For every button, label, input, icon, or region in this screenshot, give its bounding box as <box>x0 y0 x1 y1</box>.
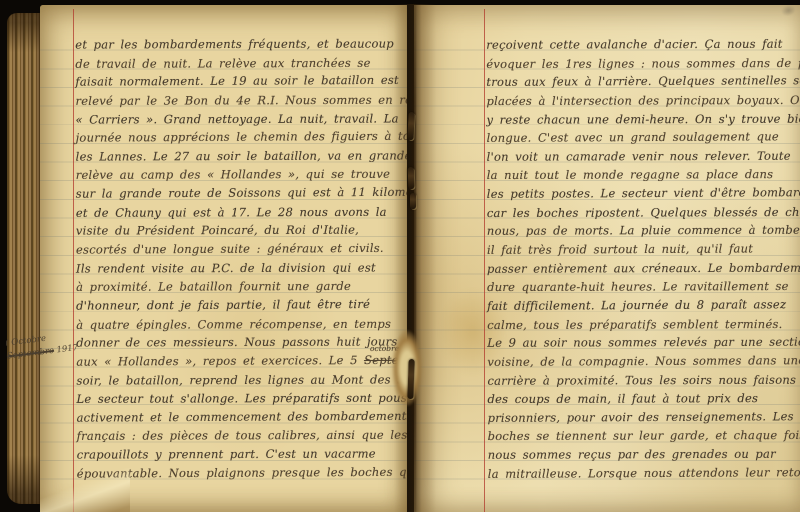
stacked-page-edges <box>7 13 43 504</box>
right-page-handwriting: reçoivent cette avalanche d'acier. Ça no… <box>486 34 800 483</box>
handwriting-line: car les boches ripostent. Quelques bless… <box>487 202 800 222</box>
left-page-handwriting: et par les bombardements fréquents, et b… <box>75 34 406 483</box>
handwriting-line: la mitrailleuse. Lorsque nous attendons … <box>488 462 800 483</box>
handwriting-line: dure quarante-huit heures. Le ravitaille… <box>487 276 800 296</box>
handwriting-line: à proximité. Le bataillon fournit une ga… <box>76 277 405 297</box>
handwriting-line: donner de ces messieurs. Nous passons hu… <box>76 332 405 352</box>
handwriting-line: nous, pas de morts. La pluie commence à … <box>487 220 800 240</box>
handwriting-line: « Carriers ». Grand nettoyage. La nuit, … <box>75 108 404 128</box>
inserted-correction: octobre <box>370 344 399 352</box>
red-margin-line-left <box>73 9 74 512</box>
diary-photo: et par les bombardements fréquents, et b… <box>0 0 800 512</box>
handwriting-line: la nuit tout le monde regagne sa place d… <box>487 165 800 185</box>
handwriting-line: faisait normalement. Le 19 au soir le ba… <box>75 71 404 91</box>
handwriting-line: passer entièrement aux créneaux. Le bomb… <box>487 257 800 277</box>
right-page: reçoivent cette avalanche d'acier. Ça no… <box>414 5 800 512</box>
handwriting-line: longue. C'est avec un grand soulagement … <box>487 126 800 147</box>
handwriting-line: escortés d'une longue suite : généraux e… <box>76 238 405 258</box>
year-text: 1917 <box>53 343 78 356</box>
handwriting-segment: aux « Hollandes », repos et exercices. L… <box>76 352 364 368</box>
handwriting-line: reçoivent cette avalanche d'acier. Ça no… <box>486 34 800 54</box>
handwriting-line: visite du Président Poincaré, du Roi d'I… <box>76 220 405 240</box>
handwriting-line: l'on voit un camarade venir nous relever… <box>487 146 800 166</box>
handwriting-line: évoquer les 1res lignes : nous sommes da… <box>486 53 800 73</box>
handwriting-line: d'honneur, dont je fais partie, il faut … <box>76 294 405 314</box>
handwriting-line: les Lannes. Le 27 au soir le bataillon, … <box>76 146 405 166</box>
handwriting-line: il fait très froid surtout la nuit, qu'i… <box>487 238 800 259</box>
handwriting-line: relevé par le 3e Bon du 4e R.I. Nous som… <box>75 90 404 110</box>
handwriting-line: boches se tiennent sur leur garde, et ch… <box>488 425 800 445</box>
handwriting-line: et de Chauny qui est à 17. Le 28 nous av… <box>76 202 405 222</box>
handwriting-line: à quatre épingles. Comme récompense, en … <box>76 314 405 334</box>
handwriting-line: journée nous apprécions le chemin des fi… <box>76 126 405 146</box>
left-page: et par les bombardements fréquents, et b… <box>40 5 407 512</box>
handwriting-line: les petits postes. Le secteur vient d'êt… <box>487 182 800 203</box>
handwriting-line: de travail de nuit. La relève aux tranch… <box>75 53 404 73</box>
handwriting-line: placées à l'intersection des principaux … <box>486 90 800 110</box>
handwriting-line: calme, tous les préparatifs semblent ter… <box>487 314 800 334</box>
handwriting-line: aux « Hollandes », repos et exercices. L… <box>76 350 405 370</box>
handwriting-line: épouvantable. Nous plaignons presque les… <box>77 462 406 482</box>
handwriting-line: sur la grande route de Soissons qui est … <box>76 182 405 202</box>
handwriting-line: carrière à proximité. Tous les soirs nou… <box>487 369 800 389</box>
handwriting-line: trous aux feux à l'arrière. Quelques sen… <box>486 70 800 91</box>
handwriting-line: Ils rendent visite au P.C. de la divisio… <box>76 258 405 278</box>
red-margin-line-right <box>484 9 485 512</box>
handwriting-line: soir, le bataillon, reprend les lignes a… <box>76 369 405 389</box>
handwriting-line: fait difficilement. La journée du 8 para… <box>487 294 800 315</box>
handwriting-line: nous sommes reçus par des grenades ou pa… <box>488 444 800 464</box>
handwriting-line: voisine, de la compagnie. Nous sommes da… <box>487 350 800 371</box>
handwriting-line: Le 9 au soir nous sommes relevés par une… <box>487 332 800 352</box>
handwriting-line: des coups de main, il faut à tout prix d… <box>487 388 800 408</box>
handwriting-line: prisonniers, pour avoir des renseignemen… <box>488 406 800 427</box>
handwriting-line: activement et le commencement des bombar… <box>77 406 406 426</box>
handwriting-line: crapouillots y prennent part. C'est un v… <box>77 444 406 464</box>
handwriting-line: relève au camp des « Hollandes », qui se… <box>76 165 405 185</box>
handwriting-line: et par les bombardements fréquents, et b… <box>75 34 404 54</box>
struck-word: Septembreoctobre <box>364 352 407 366</box>
handwriting-line: y reste chacun une demi-heure. On s'y tr… <box>486 108 800 128</box>
handwriting-line: français : des pièces de tous calibres, … <box>77 426 406 446</box>
handwriting-line: Le secteur tout s'allonge. Les préparati… <box>76 388 405 408</box>
